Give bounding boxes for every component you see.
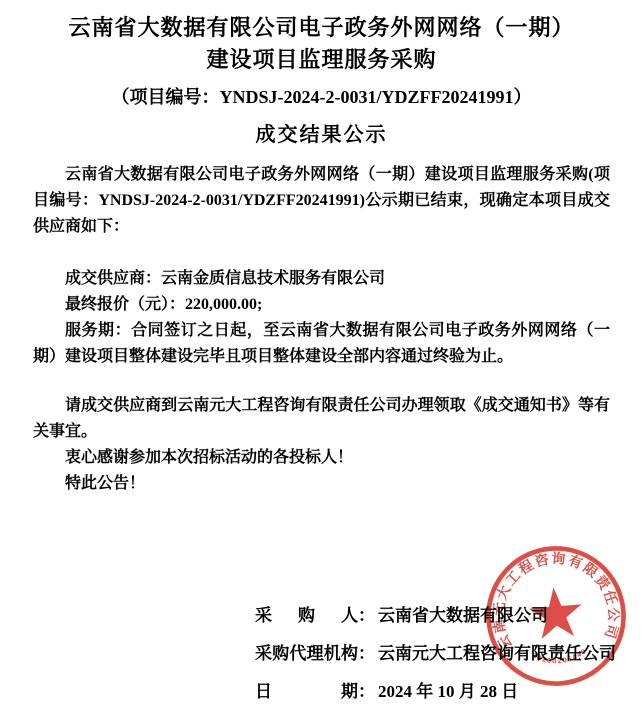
supplier-line: 成交供应商：云南金质信息技术服务有限公司 <box>33 266 610 292</box>
purchaser-value: 云南省大数据有限公司 <box>378 604 548 627</box>
final-price-line: 最终报价（元）：220,000.00; <box>33 292 610 318</box>
purchaser-colon: ： <box>358 604 375 627</box>
thanks-line: 衷心感谢参加本次招标活动的各投标人！ <box>33 445 610 471</box>
agency-label: 采购代理机构 <box>255 642 358 665</box>
document-title-line2: 建设项目监理服务采购 <box>0 44 643 76</box>
announcement-document: 云南省大数据有限公司电子政务外网网络（一期） 建设项目监理服务采购 （项目编号：… <box>0 0 643 706</box>
service-period-paragraph: 服务期：合同签订之日起，至云南省大数据有限公司电子政务外网网络（一期）建设项目整… <box>33 318 610 370</box>
date-colon: ： <box>358 680 375 703</box>
purchaser-label: 采购人 <box>255 604 358 627</box>
agency-value: 云南元大工程咨询有限责任公司 <box>378 642 616 665</box>
document-title-line1: 云南省大数据有限公司电子政务外网网络（一期） <box>0 0 643 44</box>
intro-paragraph: 云南省大数据有限公司电子政务外网网络（一期）建设项目监理服务采购(项目编号：YN… <box>33 162 610 240</box>
date-label: 日期 <box>255 680 358 703</box>
project-number: （项目编号：YNDSJ-2024-2-0031/YDZFF20241991） <box>0 85 643 110</box>
section-heading: 成交结果公示 <box>0 122 643 148</box>
signature-block: 采购人：云南省大数据有限公司 采购代理机构：云南元大工程咨询有限责任公司 日期：… <box>255 604 643 703</box>
agency-row: 采购代理机构：云南元大工程咨询有限责任公司 <box>255 642 643 665</box>
announcement-line: 特此公告！ <box>33 471 610 497</box>
agency-colon: ： <box>358 642 375 665</box>
purchaser-row: 采购人：云南省大数据有限公司 <box>255 604 643 627</box>
date-value: 2024 年 10 月 28 日 <box>378 680 518 703</box>
notice-paragraph: 请成交供应商到云南元大工程咨询有限责任公司办理领取《成交通知书》等有关事宜。 <box>33 393 610 445</box>
date-row: 日期：2024 年 10 月 28 日 <box>255 680 643 703</box>
